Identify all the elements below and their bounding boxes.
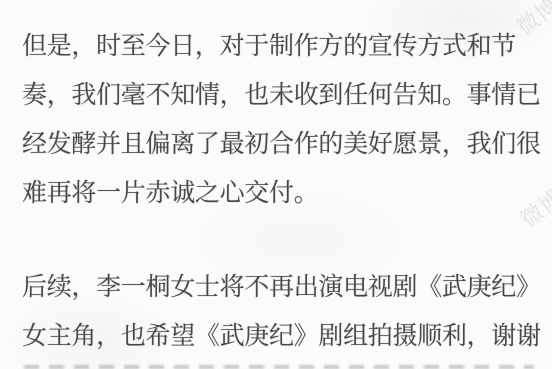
truncated-text-line xyxy=(24,365,534,369)
text-line: 奏，我们毫不知情，也未收到任何告知。事情已 xyxy=(22,71,538,120)
text-line: 难再将一片赤诚之心交付。 xyxy=(22,169,538,218)
text-line: 经发酵并且偏离了最初合作的美好愿景，我们很 xyxy=(22,120,538,169)
text-line: 女主角，也希望《武庚纪》剧组拍摄顺利，谢谢 xyxy=(22,312,538,361)
text-line: 后续，李一桐女士将不再出演电视剧《武庚纪》 xyxy=(22,263,538,312)
weibo-statement-screenshot: 微博 微博 但是，时至今日，对于制作方的宣传方式和节 奏，我们毫不知情，也未收到… xyxy=(0,0,552,369)
text-line: 但是，时至今日，对于制作方的宣传方式和节 xyxy=(22,22,538,71)
statement-paragraph-2: 后续，李一桐女士将不再出演电视剧《武庚纪》 女主角，也希望《武庚纪》剧组拍摄顺利… xyxy=(22,263,538,361)
statement-paragraph-1: 但是，时至今日，对于制作方的宣传方式和节 奏，我们毫不知情，也未收到任何告知。事… xyxy=(22,22,538,218)
